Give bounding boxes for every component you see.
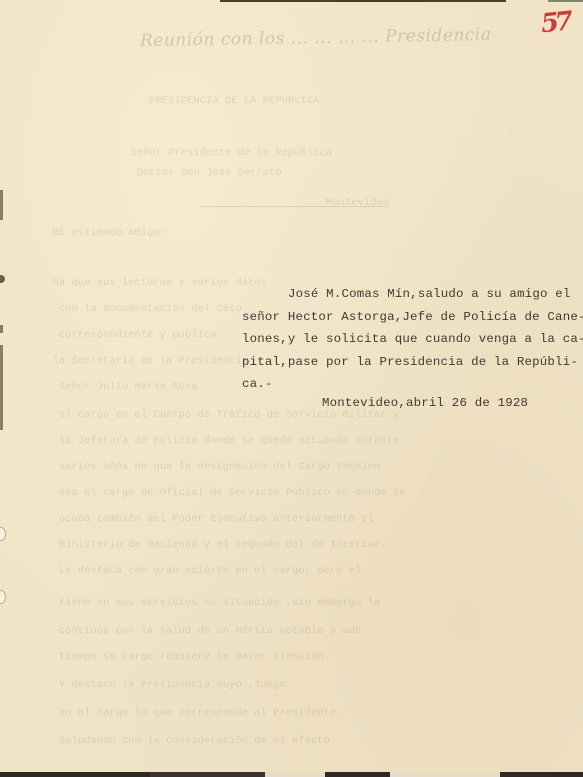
bleed-line: la Secretaría de la Presidencia (40, 348, 248, 375)
binding-mark (0, 325, 3, 333)
note-line: pital,pase por la Presidencia de la Repú… (242, 351, 572, 374)
punch-hole (0, 527, 6, 541)
binding-mark (0, 345, 3, 430)
bleed-line: Montevideo (200, 190, 389, 217)
bleed-line: correspondiente y pública (40, 322, 216, 349)
note-date: Montevideo,abril 26 de 1928 (242, 392, 572, 415)
bleed-line: Señor Presidente de la República (80, 140, 332, 167)
bleed-line: Ministerio de Hacienda y el segundo del … (40, 532, 387, 559)
bleed-line: continúa con la salud de un mérito notab… (40, 618, 361, 645)
bleed-line: Mi estimado amigo: (40, 220, 166, 247)
folio-number: 57 (540, 7, 571, 40)
note-line: José M.Comas Mín,saludo a su amigo el (242, 283, 572, 306)
bleed-line: Señor Julio María Sosa (40, 374, 198, 401)
bleed-line: la Jefatura de Policía donde se quedó ac… (40, 428, 399, 455)
bleed-line: sea el cargo de Oficial de Servicio Públ… (40, 480, 405, 507)
typed-note: José M.Comas Mín,saludo a su amigo el se… (242, 283, 572, 414)
scan-top-edge (220, 0, 506, 2)
bleed-line: con la documentación del caso (40, 296, 242, 323)
bleed-line: Le destaca con gran acierto en el cargo,… (40, 558, 361, 585)
scan-bottom-edge (0, 772, 583, 777)
scan-top-edge-right (548, 0, 583, 2)
bleed-line: Y destaco la Presidencia suyo ,luego (40, 672, 286, 699)
bleed-line: varios años en que la designación del Ca… (40, 454, 380, 481)
document-page: Reunión con los ... ... ... ... Presiden… (0, 0, 583, 777)
left-binding-marks (0, 0, 8, 777)
bleed-line: ocupa también del Poder Ejecutivo anteri… (40, 506, 374, 533)
bleed-line: en el cargo lo que corresponde al Presid… (40, 700, 342, 727)
bleed-line: Doctor Don José Serrato (80, 160, 282, 187)
bleed-line: Saludando con la consideración de mi afe… (40, 728, 330, 755)
binding-mark (0, 190, 3, 220)
bleed-line: tiempo su cargo requiere la mayor atenci… (40, 644, 330, 671)
bleed-line: PRESIDENCIA DE LA REPUBLICA (80, 88, 319, 115)
bleed-line: ha que sus lecturas y varios datos (40, 270, 267, 297)
bleed-line: tiene en sus servicios su situación ,sin… (40, 590, 380, 617)
note-line: señor Hector Astorga,Jefe de Policía de … (242, 306, 572, 329)
punch-hole (0, 590, 6, 604)
binding-hole-mark (0, 275, 5, 283)
note-line: lones,y le solicita que cuando venga a l… (242, 328, 572, 351)
pencil-annotation: Reunión con los ... ... ... ... Presiden… (140, 25, 492, 51)
